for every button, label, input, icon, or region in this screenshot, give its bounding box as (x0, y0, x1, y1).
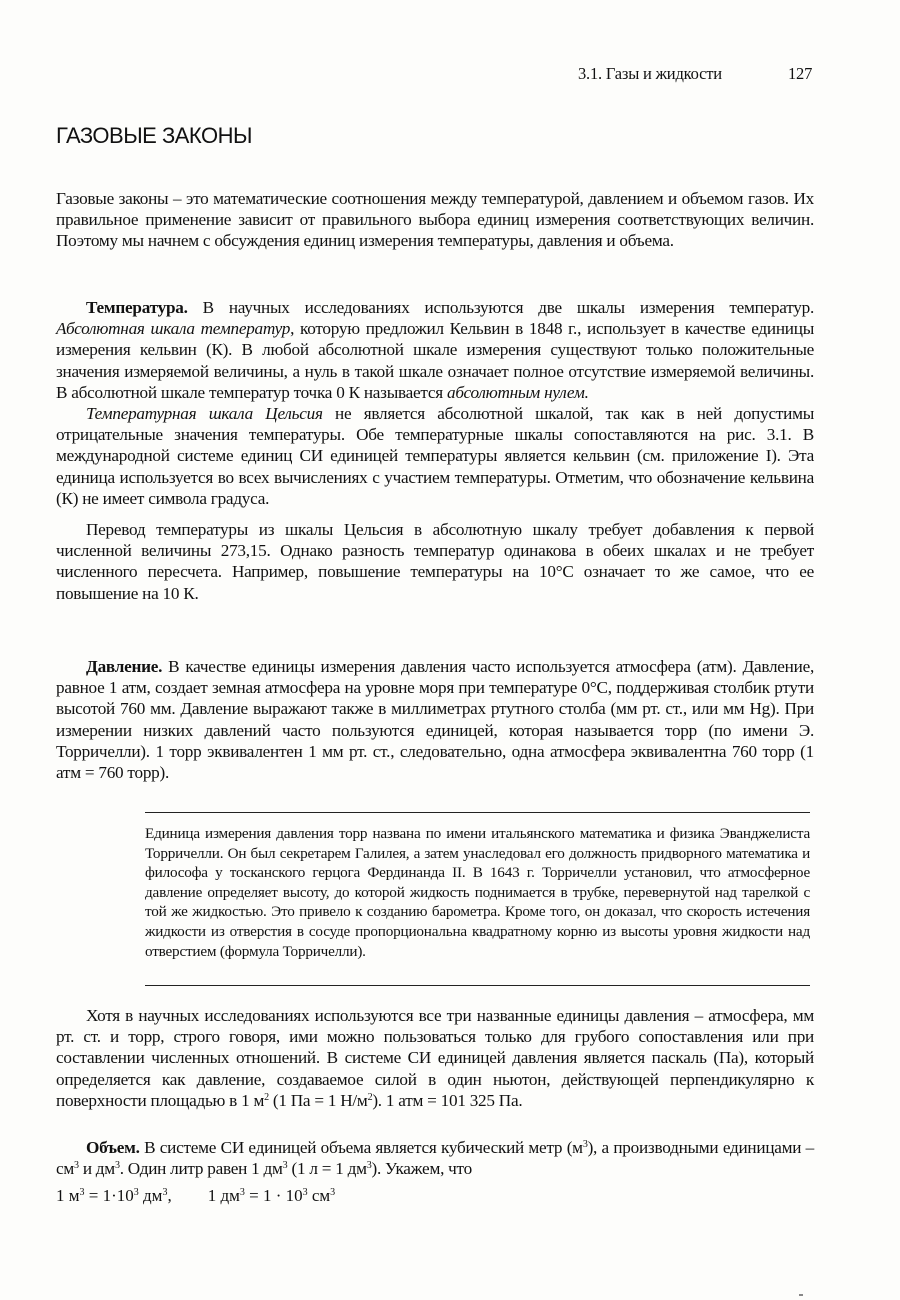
text: = 1 · 10 (245, 1186, 303, 1205)
volume-lead: Объем. (86, 1138, 140, 1157)
volume-section: Объем. В системе СИ единицей объема явля… (56, 1137, 814, 1179)
term-celsius-scale: Температурная шкала Цельсия (86, 404, 323, 423)
text: В качестве единицы измерения давления ча… (56, 657, 814, 782)
pressure-paragraph-1: Давление. В качестве единицы измерения д… (56, 656, 814, 783)
text: В системе СИ единицей объема является ку… (140, 1138, 583, 1157)
section-title: 3.1. Газы и жидкости (578, 64, 722, 83)
temperature-paragraph-2: Температурная шкала Цельсия не является … (56, 403, 814, 509)
page-number: 127 (788, 64, 812, 84)
chapter-title: ГАЗОВЫЕ ЗАКОНЫ (56, 123, 252, 149)
torricelli-note: Единица измерения давления торр названа … (145, 824, 810, 961)
text: ). 1 атм = 101 325 Па. (372, 1091, 522, 1110)
temperature-section: Температура. В научных исследованиях исп… (56, 297, 814, 604)
running-head: 3.1. Газы и жидкости 127 (578, 64, 818, 84)
superscript: 3 (330, 1187, 335, 1198)
text: 1 м (56, 1186, 80, 1205)
pressure-lead: Давление. (86, 657, 162, 676)
text: (1 Па = 1 Н/м (269, 1091, 368, 1110)
intro-text: Газовые законы – это математические соот… (56, 188, 814, 252)
pressure-section: Давление. В качестве единицы измерения д… (56, 656, 814, 783)
note-top-rule (145, 812, 810, 813)
pressure-si-text: Хотя в научных исследованиях используютс… (56, 1005, 814, 1111)
pressure-paragraph-2: Хотя в научных исследованиях используютс… (56, 1005, 814, 1111)
text: (1 л = 1 дм (287, 1159, 366, 1178)
text: 1 дм (208, 1186, 240, 1205)
temperature-lead: Температура. (86, 298, 188, 317)
text: дм (139, 1186, 163, 1205)
text: и дм (79, 1159, 115, 1178)
temperature-paragraph-1: Температура. В научных исследованиях исп… (56, 297, 814, 403)
text: ). Укажем, что (371, 1159, 471, 1178)
text: . Один литр равен 1 дм (120, 1159, 283, 1178)
term-absolute-scale: Абсолютная шкала температур (56, 319, 290, 338)
term-absolute-zero: абсолютным нулем. (447, 383, 589, 402)
note-bottom-rule (145, 985, 810, 986)
text: см (308, 1186, 331, 1205)
scan-speck (799, 1294, 803, 1296)
intro-paragraph: Газовые законы – это математические соот… (56, 188, 814, 252)
text: , (167, 1186, 171, 1205)
volume-paragraph: Объем. В системе СИ единицей объема явля… (56, 1137, 814, 1179)
temperature-paragraph-3: Перевод температуры из шкалы Цельсия в а… (56, 519, 814, 604)
text: В научных исследованиях используются две… (188, 298, 814, 317)
text: = 1·10 (85, 1186, 134, 1205)
volume-formula: 1 м3 = 1·103 дм3,1 дм3 = 1 · 103 см3 (56, 1186, 335, 1206)
